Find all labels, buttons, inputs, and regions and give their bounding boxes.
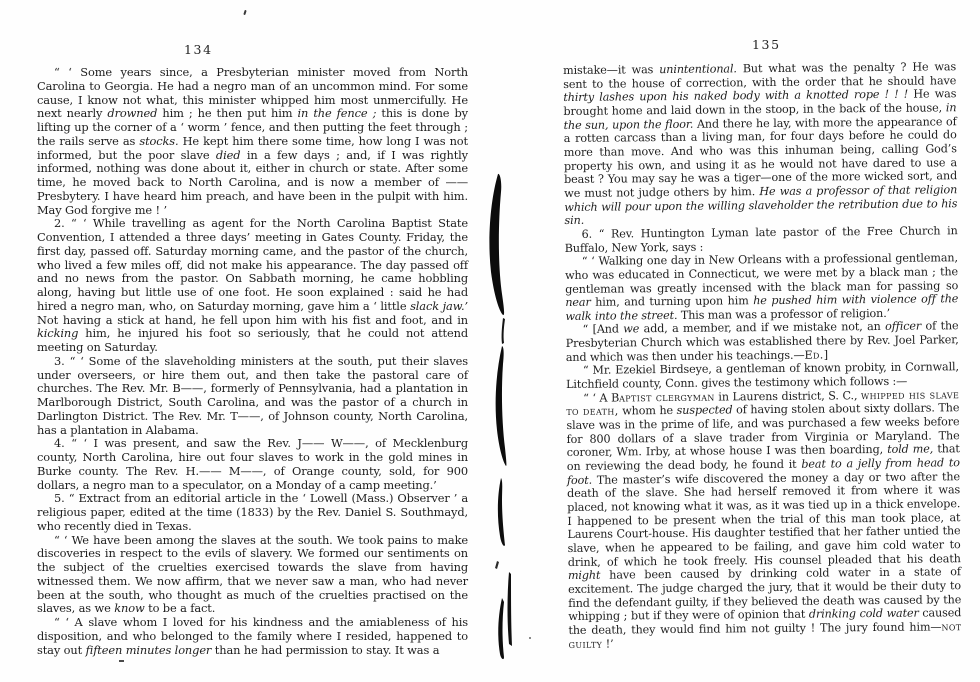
text-run: The master’s wife discovered the money a… (567, 470, 961, 569)
paragraph: “ ‘ A Baptist clergyman in Laurens distr… (566, 388, 961, 651)
text-run: died (216, 148, 241, 162)
text-run: in Laurens district, S. C., (715, 389, 861, 403)
text-run: mistake—it was (563, 63, 659, 77)
text-run: aptist clergyman (619, 390, 715, 404)
text-run: know (114, 601, 144, 615)
text-run: him, he injured his foot so seriously, t… (37, 326, 468, 354)
paragraph: 6. “ Rev. Huntington Lyman late pastor o… (565, 224, 958, 255)
paragraph: “ ‘ A slave whom I loved for his kindnes… (37, 616, 468, 657)
text-run: kicking (37, 326, 78, 340)
paragraph: “ ‘ Some years since, a Presbyterian min… (37, 66, 468, 217)
text-run: “ ‘ We have been among the slaves at the… (37, 533, 468, 616)
page-number-135: 135 (752, 37, 781, 52)
text-run: in the fence ; (298, 106, 377, 120)
text-run: 2. “ ‘ While travelling as agent for the… (37, 216, 468, 313)
ink-speck (243, 10, 246, 15)
text-run: 6. “ Rev. Huntington Lyman late pastor o… (565, 224, 958, 254)
book-gutter-shadow (468, 140, 538, 682)
paragraph: mistake—it was unintentional. But what w… (563, 60, 958, 228)
text-run: whom he (619, 404, 677, 418)
text-run: Not having a stick at hand, he fell upon… (37, 313, 468, 327)
text-run: drinking cold water (809, 607, 919, 621)
text-run: fifteen minutes longer (86, 643, 212, 657)
text-run: we (623, 323, 639, 336)
text-run: him, and turning upon him (591, 294, 754, 309)
text-run: suspected (677, 404, 733, 418)
text-run: ] (824, 348, 828, 361)
text-run: than he had permission to stay. It was a (211, 643, 439, 657)
text-run: “ ‘ Walking one day in New Orleans with … (565, 251, 958, 295)
text-run: !’ (602, 637, 613, 650)
text-run: told me, (887, 443, 933, 456)
text-run: Ed. (804, 348, 823, 361)
text-run: officer (885, 320, 921, 333)
text-run: drowned (107, 106, 157, 120)
page-number-134: 134 (184, 42, 213, 57)
page-135-text: mistake—it was unintentional. But what w… (563, 60, 962, 651)
text-run: “ Mr. Ezekiel Birdseye, a gentleman of k… (566, 361, 959, 391)
text-run: “ [And (582, 323, 623, 336)
text-run: 4. “ ‘ I was present, and saw the Rev. J… (37, 436, 468, 491)
paragraph: “ ‘ We have been among the slaves at the… (37, 534, 468, 617)
ink-speck (529, 637, 531, 639)
text-run: slack jaw.’ (410, 299, 468, 313)
text-run: to be a fact. (145, 601, 216, 615)
paragraph: “ [And we add, a member, and if we mista… (565, 320, 958, 365)
text-run: This man was a professor of religion.’ (677, 307, 890, 322)
text-run: him ; he then put him (157, 106, 297, 120)
book-scan: 134 135 “ ‘ Some years since, a Presbyte… (0, 0, 980, 682)
paragraph: “ ‘ Walking one day in New Orleans with … (565, 251, 959, 323)
page-134-text: “ ‘ Some years since, a Presbyterian min… (37, 66, 468, 657)
paragraph: 3. “ ‘ Some of the slaveholding minister… (37, 355, 468, 438)
ink-speck (119, 660, 124, 662)
text-run: stocks. (139, 134, 178, 148)
paragraph: 2. “ ‘ While travelling as agent for the… (37, 217, 468, 355)
text-run: 5. “ Extract from an editorial article i… (37, 491, 468, 533)
text-run: might (568, 569, 601, 582)
text-run: unintentional. (659, 62, 737, 76)
paragraph: “ Mr. Ezekiel Birdseye, a gentleman of k… (566, 361, 959, 392)
text-run: near (565, 296, 590, 309)
text-run: “ ‘ A B (583, 391, 619, 404)
text-run: 3. “ ‘ Some of the slaveholding minister… (37, 354, 468, 437)
paragraph: 4. “ ‘ I was present, and saw the Rev. J… (37, 437, 468, 492)
paragraph: 5. “ Extract from an editorial article i… (37, 492, 468, 533)
